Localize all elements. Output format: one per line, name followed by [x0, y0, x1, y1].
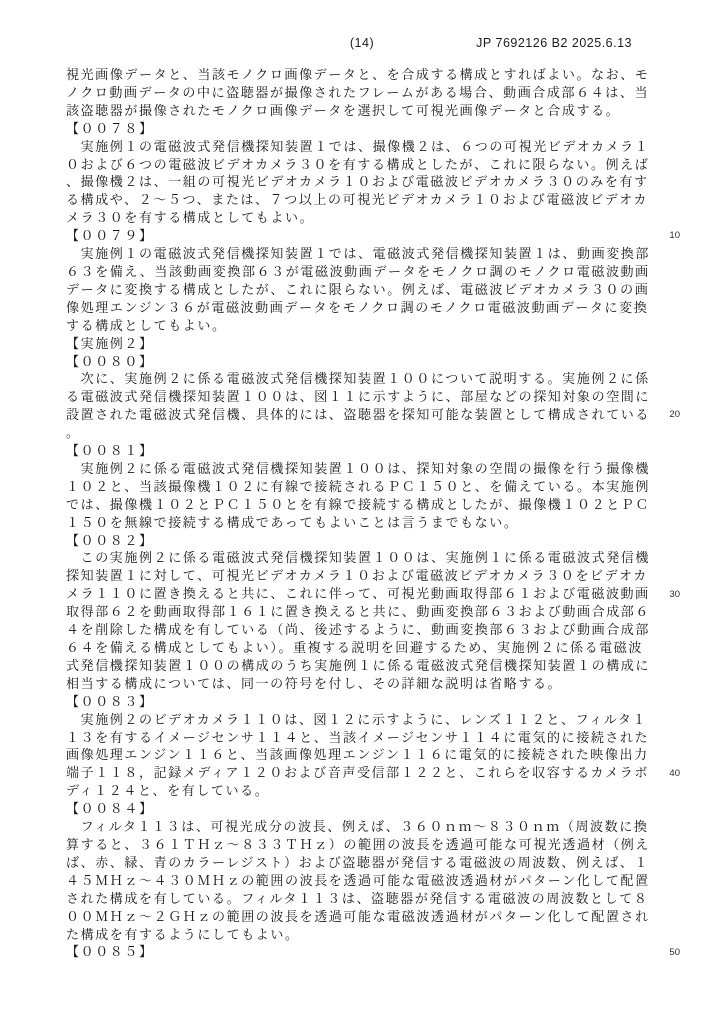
document-id: JP 7692126 B2 2025.6.13 — [476, 36, 632, 50]
text-line: する構成としてもよい。 — [66, 317, 666, 335]
text-line: 、撮像機２は、一組の可視光ビデオカメラ１０および電磁波ビデオカメラ３０のみを有す — [66, 173, 666, 191]
line-number: 20 — [658, 409, 680, 420]
text-line: ６３を備え、当該動画変換部６３が電磁波動画データをモノクロ調のモノクロ電磁波動画 — [66, 263, 666, 281]
text-line: ば、赤、緑、青のカラーレジスト）および盗聴器が発信する電磁波の周波数、例えば、１ — [66, 854, 666, 872]
text-line: ディ１２４と、を有している。 — [66, 782, 666, 800]
line-number-column: 1020304050 — [658, 66, 680, 966]
text-line: 【００８４】 — [66, 800, 666, 818]
line-number: 30 — [658, 589, 680, 600]
text-line: 【００８１】 — [66, 442, 666, 460]
text-line: 実施例１の電磁波式発信機探知装置１では、電磁波式発信機探知装置１は、動画変換部 — [66, 245, 666, 263]
text-line: ００ＭＨｚ～２ＧＨｚの範囲の波長を透過可能な電磁波透過材がパターン化して配置され — [66, 908, 666, 926]
line-number: 50 — [658, 947, 680, 958]
line-number: 40 — [658, 768, 680, 779]
body-text: 視光画像データと、当該モノクロ画像データと、を合成する構成とすればよい。なお、モ… — [66, 66, 666, 961]
text-line: メラ３０を有する構成としてもよい。 — [66, 209, 666, 227]
text-line: 【実施例２】 — [66, 335, 666, 353]
text-line: 【００７８】 — [66, 120, 666, 138]
text-line: 取得部６２を動画取得部１６１に置き換えると共に、動画変換部６３および動画合成部６ — [66, 603, 666, 621]
text-line: 【００８３】 — [66, 693, 666, 711]
text-line: 。 — [66, 424, 666, 442]
text-line: 【００８５】 — [66, 943, 666, 961]
text-line: る構成や、２～５つ、または、７つ以上の可視光ビデオカメラ１０および電磁波ビデオカ — [66, 191, 666, 209]
text-line: 算すると、３６１ＴＨｚ～８３３ＴＨｚ）の範囲の波長を透過可能な可視光透過材（例え — [66, 836, 666, 854]
text-line: 視光画像データと、当該モノクロ画像データと、を合成する構成とすればよい。なお、モ — [66, 66, 666, 84]
text-line: 探知装置１に対して、可視光ビデオカメラ１０および電磁波ビデオカメラ３０をビデオカ — [66, 567, 666, 585]
text-line: フィルタ１１３は、可視光成分の波長、例えば、３６０ｎｍ～８３０ｎｍ（周波数に換 — [66, 818, 666, 836]
text-line: １５０を無線で接続する構成であってもよいことは言うまでもない。 — [66, 514, 666, 532]
text-line: ０および６つの電磁波ビデオカメラ３０を有する構成としたが、これに限らない。例えば — [66, 156, 666, 174]
text-line: 【００８０】 — [66, 353, 666, 371]
text-line: された構成を有している。フィルタ１１３は、盗聴器が発信する電磁波の周波数として８ — [66, 890, 666, 908]
text-line: ６４を備える構成としてもよい）。重複する説明を回避するため、実施例２に係る電磁波 — [66, 639, 666, 657]
text-line: 実施例１の電磁波式発信機探知装置１では、撮像機２は、６つの可視光ビデオカメラ１ — [66, 138, 666, 156]
text-line: メラ１１０に置き換えると共に、これに伴って、可視光動画取得部６１および電磁波動画 — [66, 585, 666, 603]
text-line: 【００７９】 — [66, 227, 666, 245]
text-line: 設置された電磁波式発信機、具体的には、盗聴器を探知可能な装置として構成されている — [66, 406, 666, 424]
text-line: 端子１１８，記録メディア１２０および音声受信部１２２と、これらを収容するカメラボ — [66, 764, 666, 782]
text-line: 実施例２に係る電磁波式発信機探知装置１００は、探知対象の空間の撮像を行う撮像機 — [66, 460, 666, 478]
text-line: る電磁波式発信機探知装置１００は、図１１に示すように、部屋などの探知対象の空間に — [66, 388, 666, 406]
text-line: 相当する構成については、同一の符号を付し、その詳細な説明は省略する。 — [66, 675, 666, 693]
text-line: 像処理エンジン３６が電磁波動画データをモノクロ調のモノクロ電磁波動画データに変換 — [66, 299, 666, 317]
text-line: １３を有するイメージセンサ１１４と、当該イメージセンサ１１４に電気的に接続された — [66, 729, 666, 747]
text-line: 実施例２のビデオカメラ１１０は、図１２に示すように、レンズ１１２と、フィルタ１ — [66, 711, 666, 729]
text-line: た構成を有するようにしてもよい。 — [66, 926, 666, 944]
text-line: この実施例２に係る電磁波式発信機探知装置１００は、実施例１に係る電磁波式発信機 — [66, 549, 666, 567]
text-line: ノクロ動画データの中に盗聴器が撮像されたフレームがある場合、動画合成部６４は、当 — [66, 84, 666, 102]
text-line: 該盗聴器が撮像されたモノクロ画像データを選択して可視光画像データと合成する。 — [66, 102, 666, 120]
text-line: 【００８２】 — [66, 532, 666, 550]
text-line: データに変換する構成としたが、これに限らない。例えば、電磁波ビデオカメラ３０の画 — [66, 281, 666, 299]
patent-page: (14) JP 7692126 B2 2025.6.13 視光画像データと、当該… — [0, 0, 724, 1024]
text-line: ４を削除した構成を有している（尚、後述するように、動画変換部６３および動画合成部 — [66, 621, 666, 639]
line-number: 10 — [658, 230, 680, 241]
text-line: １０２と、当該撮像機１０２に有線で接続されるＰＣ１５０と、を備えている。本実施例 — [66, 478, 666, 496]
text-line: 次に、実施例２に係る電磁波式発信機探知装置１００について説明する。実施例２に係 — [66, 370, 666, 388]
text-line: 式発信機探知装置１００の構成のうち実施例１に係る電磁波式発信機探知装置１の構成に — [66, 657, 666, 675]
text-line: 画像処理エンジン１１６と、当該画像処理エンジン１１６に電気的に接続された映像出力 — [66, 746, 666, 764]
text-line: では、撮像機１０２とＰＣ１５０とを有線で接続する構成としたが、撮像機１０２とＰＣ — [66, 496, 666, 514]
text-line: ４５ＭＨｚ～４３０ＭＨｚの範囲の波長を透過可能な電磁波透過材がパターン化して配置 — [66, 872, 666, 890]
page-header: (14) JP 7692126 B2 2025.6.13 — [0, 36, 724, 52]
